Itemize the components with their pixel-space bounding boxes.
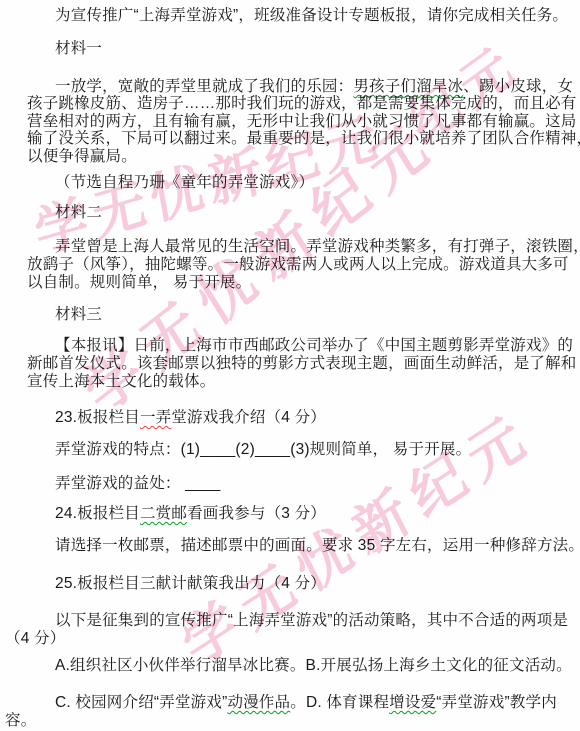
text-line: A.组织社区小伙伴举行溜旱冰比赛。B.开展弘扬上海乡土文化的征文活动。: [55, 657, 572, 674]
text-segment: 、踢小皮球，女: [463, 78, 573, 95]
document-page: 为宣传推广“上海弄堂游戏”，班级准备设计专题板报，请你完成相关任务。材料一一放学…: [0, 0, 580, 731]
text-segment: 23.板报栏目: [55, 409, 140, 426]
text-segment: 孩子跳橡皮筋、造房子……那时我们玩的游戏，都是需要集体完成的，而且必有: [27, 95, 577, 112]
text-segment: 宣传上海本土文化的载体。: [27, 373, 215, 390]
text-segment: C. 校园网介绍“弄堂游戏”: [55, 694, 227, 711]
text-segment: 为宣传推广“上海弄堂游戏”，班级准备设计专题板报，请你完成相关任务。: [55, 7, 568, 24]
text-line: 一放学，宽敞的弄堂里就成了我们的乐园：男孩子们溜旱冰、踢小皮球，女: [55, 78, 573, 95]
text-line: 25.板报栏目三献计献策我出力（4 分）: [55, 575, 326, 592]
text-segment: 堂游戏我介绍（4 分）: [171, 409, 326, 426]
text-segment: 容。: [5, 712, 36, 729]
text-line: 营垒相对的两方，且有输有赢，无形中让我们从小就习惯了凡事都有输赢。这局: [27, 113, 577, 130]
text-line: 弄堂游戏的特点：(1)____(2)____(3)规则简单， 易于开展。: [55, 441, 471, 458]
text-segment: 请选择一枚邮票，描述邮票中的画面。要求 35 字左右，运用一种修辞方法。: [55, 537, 580, 554]
text-line: 容。: [5, 712, 36, 729]
text-line: 材料一: [55, 40, 102, 57]
text-segment: 以便争得赢局。: [27, 148, 137, 165]
text-segment: （4 分）: [5, 630, 65, 647]
text-line: 孩子跳橡皮筋、造房子……那时我们玩的游戏，都是需要集体完成的，而且必有: [27, 95, 577, 112]
text-line: 23.板报栏目一弄堂游戏我介绍（4 分）: [55, 409, 326, 426]
text-segment: 放鹞子（风筝），抽陀螺等。一般游戏需两人或两人以上完成。游戏道具大多可: [27, 256, 569, 273]
text-segment: A.组织社区小伙伴举行溜旱冰比赛。B.开展弘扬上海乡土文化的征文活动。: [55, 657, 572, 674]
text-segment: 看画我参与（3 分）: [187, 505, 326, 522]
text-line: 材料三: [55, 306, 102, 323]
text-segment: 弄堂游戏的特点：(1)____(2)____(3)规则简单， 易于开展。: [55, 441, 471, 458]
text-line: 为宣传推广“上海弄堂游戏”，班级准备设计专题板报，请你完成相关任务。: [55, 7, 568, 24]
text-segment: 以下是征集到的宣传推广“上海弄堂游戏”的活动策略，其中不合适的两项是: [55, 612, 568, 629]
spellcheck-green-underline: 动漫作品: [227, 694, 290, 711]
text-segment: 弄堂曾是上海人最常见的生活空间。弄堂游戏种类繁多，有打弹子，滚铁圈，: [55, 238, 580, 255]
text-segment: 材料三: [55, 306, 102, 323]
text-line: 24.板报栏目二赏邮看画我参与（3 分）: [55, 505, 326, 522]
text-line: （4 分）: [5, 630, 65, 647]
text-segment: 输了没关系，下局可以翻过来。最重要的是，让我们很小就培养了团队合作精神，: [27, 130, 580, 147]
text-line: 【本报讯】日前，上海市市西邮政公司举办了《中国主题剪影弄堂游戏》的: [55, 337, 573, 354]
text-segment: 24.板报栏目: [55, 505, 140, 522]
text-line: 请选择一枚邮票，描述邮票中的画面。要求 35 字左右，运用一种修辞方法。: [55, 537, 580, 554]
text-line: 以便争得赢局。: [27, 148, 137, 165]
text-segment: “弄堂游戏”教学内: [436, 694, 557, 711]
text-line: 新邮首发仪式。该套邮票以独特的剪影方式表现主题，画面生动鲜活，是了解和: [27, 355, 577, 372]
text-segment: 弄堂游戏的益处： ____: [55, 475, 220, 492]
text-line: （节选自程乃珊《童年的弄堂游戏》）: [55, 174, 314, 191]
text-line: 输了没关系，下局可以翻过来。最重要的是，让我们很小就培养了团队合作精神，: [27, 130, 580, 147]
spellcheck-green-underline: 二赏邮: [140, 505, 187, 522]
watermark-text: 学无忧新纪元: [167, 388, 546, 682]
text-line: 放鹞子（风筝），抽陀螺等。一般游戏需两人或两人以上完成。游戏道具大多可: [27, 256, 569, 273]
text-line: 宣传上海本土文化的载体。: [27, 373, 215, 390]
text-line: C. 校园网介绍“弄堂游戏”动漫作品。D. 体育课程增设爱“弄堂游戏”教学内: [55, 694, 557, 711]
spellcheck-green-underline: 男孩子们溜旱冰: [353, 78, 463, 95]
text-segment: 【本报讯】日前，上海市市西邮政公司举办了《中国主题剪影弄堂游戏》的: [55, 337, 573, 354]
text-segment: 材料二: [55, 204, 102, 221]
text-segment: 一放学，宽敞的弄堂里就成了我们的乐园：: [55, 78, 353, 95]
text-line: 以下是征集到的宣传推广“上海弄堂游戏”的活动策略，其中不合适的两项是: [55, 612, 568, 629]
text-line: 弄堂游戏的益处： ____: [55, 475, 220, 492]
text-line: 弄堂曾是上海人最常见的生活空间。弄堂游戏种类繁多，有打弹子，滚铁圈，: [55, 238, 580, 255]
text-segment: 25.板报栏目三献计献策我出力（4 分）: [55, 575, 326, 592]
spellcheck-green-underline: 增设爱: [389, 694, 436, 711]
spellcheck-red-underline: 一弄: [140, 409, 171, 426]
text-segment: 。D. 体育课程: [290, 694, 389, 711]
text-segment: 新邮首发仪式。该套邮票以独特的剪影方式表现主题，画面生动鲜活，是了解和: [27, 355, 577, 372]
text-line: 材料二: [55, 204, 102, 221]
text-segment: 以自制。规则简单， 易于开展。: [27, 274, 251, 291]
text-segment: 营垒相对的两方，且有输有赢，无形中让我们从小就习惯了凡事都有输赢。这局: [27, 113, 577, 130]
text-segment: 材料一: [55, 40, 102, 57]
text-segment: （节选自程乃珊《童年的弄堂游戏》）: [55, 174, 314, 191]
text-line: 以自制。规则简单， 易于开展。: [27, 274, 251, 291]
